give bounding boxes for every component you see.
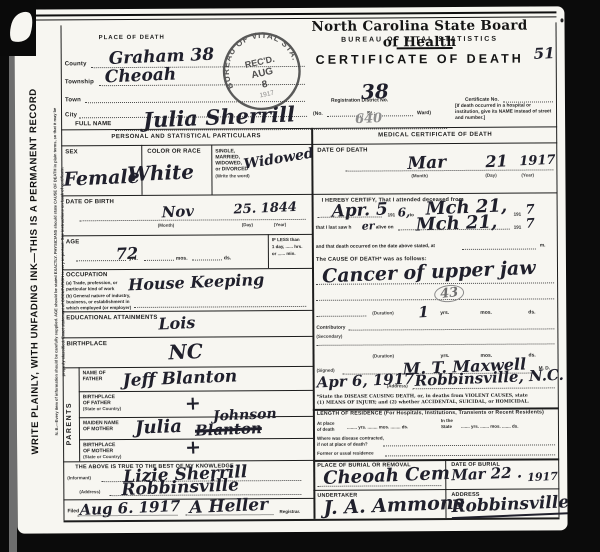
duration-cap: (Duration) — [372, 310, 394, 315]
certificate-page: WRITE PLAINLY, WITH UNFADING INK—THIS IS… — [14, 6, 567, 533]
dob-label: DATE OF BIRTH — [66, 199, 115, 206]
personal-section-title: PERSONAL AND STATISTICAL PARTICULARS — [61, 133, 311, 141]
print-191-c: 191 — [514, 225, 522, 230]
from-year-digit: 6, — [397, 205, 410, 220]
informant-cap: (Informant) — [67, 475, 91, 480]
full-name-label: FULL NAME — [75, 121, 111, 128]
age-line3 — [192, 259, 222, 260]
dod-year-value: 1917 — [519, 153, 556, 169]
certificate-no-label: Certificate No. — [465, 97, 499, 103]
dob-year-cap: (Year) — [274, 222, 287, 227]
age-ds: ds. — [224, 255, 231, 261]
contributory-line — [348, 328, 554, 330]
mother-first-value: Julia — [135, 416, 183, 439]
line-father-bp-bottom — [79, 416, 314, 418]
dob-day-cap: (Day) — [242, 222, 253, 227]
where-contracted-2: if not at place of death? — [317, 442, 368, 448]
signed-address-line — [413, 387, 555, 389]
mother-correction-value: Johnson — [213, 406, 277, 425]
hospital-note: [If death occurred in a hospital or inst… — [455, 103, 555, 122]
death-occurred-line — [462, 249, 536, 250]
parents-label: PARENTS — [66, 387, 74, 445]
at-place-2: of death — [317, 427, 335, 432]
stamp-day: 8 — [261, 79, 269, 91]
occ-a-line2: particular kind of work — [66, 286, 114, 292]
state-label: State — [441, 424, 452, 429]
occupation-label: OCCUPATION — [66, 272, 107, 279]
one-day-label: 1 day, ...... hrs. — [272, 244, 303, 250]
in-the-label: In the — [441, 418, 453, 423]
township-label: Township — [65, 79, 94, 86]
town-label: Town — [65, 97, 81, 104]
registration-district-value: 38 — [360, 79, 389, 104]
father-bp-cap: (State or Country) — [83, 406, 121, 411]
dod-day-value: 21 — [485, 151, 508, 171]
last-saw-date: Mch 21, — [415, 211, 497, 235]
township-value: Cheoah — [104, 64, 176, 87]
dod-month-cap: (Month) — [411, 173, 428, 178]
where-line — [383, 444, 555, 446]
title-divider — [397, 47, 453, 49]
where-contracted-1: Where was disease contracted, — [317, 435, 384, 441]
duration-line — [316, 316, 366, 317]
medical-section-title: MEDICAL CERTIFICATE OF DEATH — [313, 131, 557, 139]
place-of-death-heading: PLACE OF DEATH — [99, 35, 165, 42]
birthplace-label: BIRTHPLACE — [66, 341, 107, 348]
st-line — [379, 115, 413, 116]
ink-speck — [560, 18, 563, 22]
age-line2 — [144, 260, 174, 261]
line-burial-top — [313, 458, 559, 461]
parents-strip-border — [79, 367, 81, 461]
form-right-border — [555, 22, 559, 517]
secondary-line — [316, 343, 554, 345]
page-number-handwritten: 51 — [533, 44, 555, 63]
line-sex-bottom — [62, 194, 313, 197]
dod-day-cap: (Day) — [485, 173, 496, 178]
undertaker-address-value: Robbinsville — [451, 492, 568, 519]
ward-label: Ward) — [417, 110, 431, 116]
former-residence-label: Former or usual residence — [317, 450, 374, 456]
scanned-death-certificate: WRITE PLAINLY, WITH UNFADING INK—THIS IS… — [0, 0, 600, 552]
occ-b-line1: (b) General nature of industry, — [66, 293, 130, 299]
age-yrs: yrs. — [129, 256, 138, 262]
city-label: City — [65, 112, 77, 119]
dod-month-value: Mar — [407, 152, 447, 174]
dob-month-value: Nov — [161, 202, 194, 221]
marital-sub: (Write the word) — [215, 173, 249, 178]
signed-address-cap: (Address) — [387, 383, 408, 388]
duration-yrs: yrs. — [440, 310, 449, 316]
occupation-value: House Keeping — [128, 270, 265, 295]
board-of-health-title: North Carolina State Board of Health — [304, 18, 534, 51]
race-value: White — [127, 159, 194, 186]
footnote-line2: (1) MEANS OF INJURY; and (2) whether ACC… — [317, 400, 529, 407]
received-stamp: BUREAU OF VITAL STA. REC'D. AUG 8 1917 — [213, 22, 311, 120]
father-name-value: Jeff Blanton — [122, 366, 237, 391]
occ-b-line2: business, or establishment in — [66, 299, 129, 305]
line-dob-bottom — [62, 234, 313, 237]
line-race-marital — [211, 144, 212, 194]
birthplace-value: NC — [168, 339, 203, 364]
former-line — [385, 454, 555, 456]
marital-value: Widowed — [242, 145, 314, 172]
bureau-subtitle: BUREAU OF VITAL STATISTICS — [305, 36, 535, 44]
dob-month-cap: (Month) — [158, 223, 175, 228]
residence-units-1: ........ yrs. ........ mos. ........ ds. — [347, 424, 408, 430]
permanent-record-notice: WRITE PLAINLY, WITH UNFADING INK—THIS IS… — [27, 13, 52, 529]
race-label: COLOR OR RACE — [147, 149, 201, 156]
dod-label: DATE OF DEATH — [317, 148, 367, 155]
dob-dayyear-value: 25. 1844 — [233, 200, 297, 218]
stamp-year: 1917 — [259, 89, 275, 99]
last-saw-hw: er — [361, 219, 374, 233]
alive-on-text: alive on — [376, 225, 394, 231]
age-label: AGE — [66, 239, 80, 246]
occ-b-line3: which employed (or employer) — [66, 305, 131, 311]
filed-label: Filed — [67, 508, 79, 514]
duration2-cap: (Duration) — [373, 353, 395, 358]
if-less-divider — [268, 234, 269, 268]
registrar-label: Registrar. — [279, 509, 300, 515]
father-bp-value: + — [184, 392, 201, 415]
cause-pencil-note: 43 — [433, 283, 465, 303]
duration2-ds: ds. — [529, 353, 536, 359]
no-label: (No. — [313, 111, 323, 117]
sex-label: SEX — [65, 149, 78, 156]
undertaker-signature: J. A. Ammons — [323, 491, 465, 519]
father-label-2: FATHER — [83, 376, 103, 382]
mother-bp-cap: (State or Country) — [83, 454, 121, 459]
occ-b-fill-line — [134, 306, 306, 308]
cause-line1 — [316, 282, 554, 284]
line-parents-bottom — [63, 460, 314, 463]
print-191-a: 191 — [388, 212, 396, 217]
death-occurred-text: and that death occurred on the date abov… — [316, 244, 435, 250]
occ-a-line1: (a) Trade, profession, or — [66, 280, 117, 286]
county-label: County — [65, 61, 87, 68]
line-dod-bottom — [312, 192, 558, 195]
form-bottom-border — [64, 517, 560, 522]
education-value: Lois — [158, 313, 196, 334]
if-less-label: IF LESS than — [272, 237, 300, 243]
line-occ-bottom — [62, 310, 313, 313]
print-191-b: 191 — [514, 212, 522, 217]
pencil-number: 640 — [355, 111, 383, 127]
duration-value: 1 — [418, 303, 429, 321]
education-label: EDUCATIONAL ATTAINMENTS — [66, 315, 157, 322]
or-min-label: or ...... min. — [272, 251, 296, 257]
secondary-cap: (Secondary) — [316, 334, 342, 339]
line-age-bottom — [62, 268, 313, 271]
dod-year-cap: (Year) — [521, 173, 534, 178]
attended-from-value: Apr. 5 — [331, 199, 388, 221]
duration-mos: mos. — [480, 310, 492, 316]
contributory-label: Contributory — [316, 326, 345, 332]
page-fold-mark — [0, 0, 36, 56]
residence-units-2: ....... yrs. ....... mos. ....... ds. — [461, 424, 519, 430]
burial-year-value: 1917 — [527, 470, 558, 484]
certificate-of-death-title: CERTIFICATE OF DEATH — [305, 52, 535, 67]
to-word: to — [410, 212, 414, 217]
informant-address-cap: (Address) — [79, 489, 100, 494]
dod-line — [345, 169, 553, 171]
m-label: m. — [540, 243, 546, 249]
residence-title: LENGTH OF RESIDENCE (For Hospitals, Inst… — [317, 410, 544, 417]
mother-label-2: OF MOTHER — [83, 426, 113, 432]
line-edu-bottom — [62, 336, 313, 339]
last-year-digit: 7 — [525, 216, 535, 231]
duration-ds: ds. — [528, 310, 535, 316]
last-saw-text: that I last saw h — [316, 226, 352, 232]
at-place-1: At place — [317, 421, 335, 426]
burial-date-value: Mar 22 . — [451, 463, 522, 484]
line-undertaker-top — [313, 488, 559, 491]
age-mos: mos. — [176, 256, 188, 262]
mother-bp-value: + — [185, 436, 202, 459]
